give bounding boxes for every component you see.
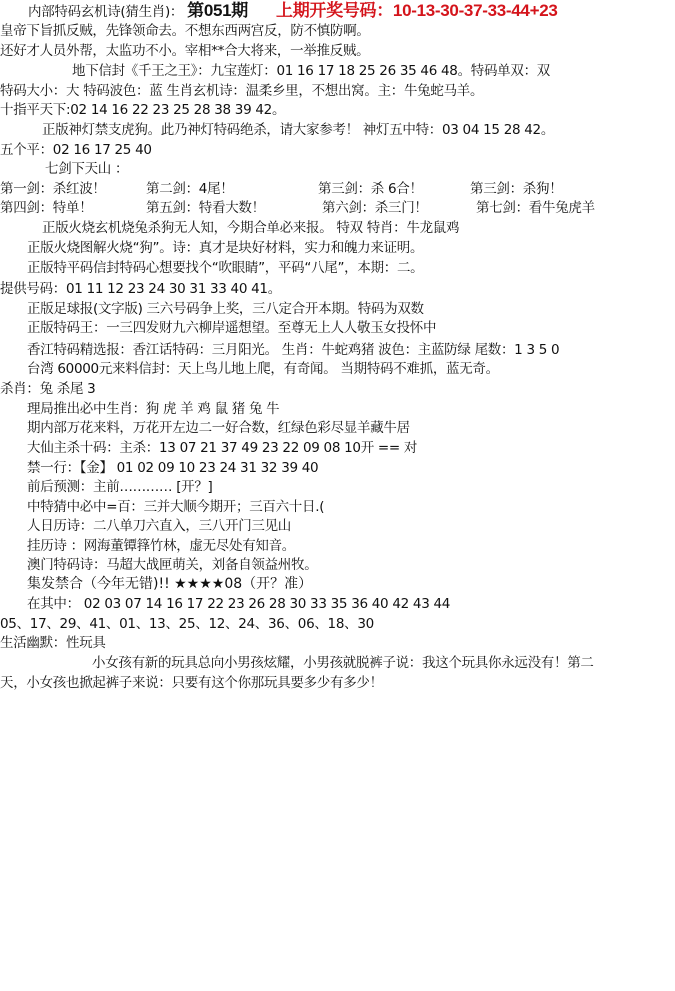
prediction-item: 前后预测：主前………… [开？] [27, 478, 213, 496]
lamp-text: 正版神灯禁支虎狗。此乃神灯特码绝杀，请大家参考！ 神灯五中特：03 04 15 … [42, 121, 554, 139]
prediction-item: 禁一行：【金】 01 02 09 10 23 24 31 32 39 40 [27, 459, 318, 477]
seven-swords-title: 七剑下天山 ： [45, 160, 128, 178]
sword-6: 第六剑：杀三门！ [322, 199, 428, 217]
football-report: 正版足球报(文字版) 三六号码争上奖，三八定合开本期。特码为双数 [27, 300, 424, 318]
header-title: 内部特码玄机诗(猜生肖)： [28, 4, 183, 20]
fire-line-2: 正版火烧图解火烧“狗”。诗：真才是块好材料，实力和魄力来证明。 [27, 239, 423, 257]
prediction-item: 理局推出必中生肖：狗 虎 羊 鸡 鼠 猪 兔 牛 [27, 400, 279, 418]
prediction-item: 挂历诗 ：网海董镡箨竹林，虚无尽处有知音。 [27, 537, 295, 555]
last-draw-label: 上期开奖号码： [276, 1, 393, 20]
humor-body-line-2: 天，小女孩也掀起裤子来说：只要有这个你那玩具要多少有多少！ [0, 674, 383, 692]
sword-5: 第五剑：特看大数！ [146, 199, 265, 217]
kill-zodiac: 杀肖：兔 杀尾 3 [0, 380, 95, 398]
prediction-item: 人日历诗：二八单刀六直入，三八开门三见山 [27, 517, 291, 535]
header-line: 内部特码玄机诗(猜生肖)：第051期上期开奖号码：10-13-30-37-33-… [28, 2, 558, 21]
ten-fingers: 十指平天下:02 14 16 22 23 25 28 38 39 42。 [0, 101, 285, 119]
poem-line-2: 还好才人员外帮，太监功不小。宰相**合大将来，一举推反贼。 [0, 42, 369, 60]
special-attributes: 特码大小：大 特码波色：蓝 生肖玄机诗：温柔乡里，不想出窝。主：牛兔蛇马羊。 [0, 82, 483, 100]
sword-1: 第一剑：杀红波！ [0, 180, 106, 198]
humor-body-line-1: 小女孩有新的玩具总向小男孩炫耀，小男孩就脱裤子说：我这个玩具你永远没有！第二 [92, 654, 594, 672]
sword-7: 第七剑：看牛兔虎羊 [476, 199, 595, 217]
sword-4: 第四剑：特单！ [0, 199, 92, 217]
prediction-item: 在其中： 02 03 07 14 16 17 22 23 26 28 30 33… [27, 595, 450, 613]
sword-3b: 第三剑：杀狗！ [470, 180, 562, 198]
prediction-item: 澳门特码诗：马超大战匣萌关，刘备自领益州牧。 [27, 556, 317, 574]
last-draw: 上期开奖号码：10-13-30-37-33-44+23 [276, 1, 558, 20]
last-draw-numbers: 10-13-30-37-33-44+23 [393, 1, 558, 20]
fire-line-1: 正版火烧玄机烧兔杀狗无人知，今期合单必来报。 特双 特肖：牛龙鼠鸡 [42, 219, 459, 237]
issue-number: 第051期 [187, 1, 248, 20]
prediction-item: 大仙主杀十码：主杀：13 07 21 37 49 23 22 09 08 10开… [27, 439, 417, 457]
prediction-item: 中特猜中必中=百：三并大顺今期开；三百六十日.( [27, 498, 324, 516]
hongkong-report: 香江特码精选报：香江话特码：三月阳光。 生肖：牛蛇鸡猪 波色：主蓝防绿 尾数：1… [27, 341, 559, 359]
taiwan-letter: 台湾 60000元来料信封：天上鸟儿地上爬，有奇闻。 当期特码不难抓，蓝无奇。 [27, 360, 499, 378]
prediction-item: 集发禁合（今年无错)!! ★★★★08（开？准） [27, 575, 312, 593]
five-flat: 五个平：02 16 17 25 40 [0, 141, 152, 159]
sword-2: 第二剑：4尾！ [146, 180, 234, 198]
special-king: 正版特码王：一三四发财九六柳岸遥想望。至尊无上人人敬玉女投怀中 [27, 319, 436, 337]
sword-3: 第三剑：杀 6合！ [318, 180, 423, 198]
provided-numbers: 提供号码：01 11 12 23 24 30 31 33 40 41。 [0, 280, 281, 298]
fire-line-3: 正版特平码信封特码心想要找个“吹眼睛”，平码“八尾”，本期：二。 [27, 259, 423, 277]
prediction-item: 期内部万花来料，万花开左边二一好合数，红绿色彩尽显羊藏牛居 [27, 419, 410, 437]
secret-letter: 地下信封《千王之王》：九宝莲灯：01 16 17 18 25 26 35 46 … [72, 62, 550, 80]
humor-title: 生活幽默：性玩具 [0, 634, 106, 652]
number-sequence: 05、17、29、41、01、13、25、12、24、36、06、18、30 [0, 615, 374, 633]
poem-line-1: 皇帝下旨抓反贼，先锋领命去。不想东西两宫反，防不慎防啊。 [0, 22, 370, 40]
